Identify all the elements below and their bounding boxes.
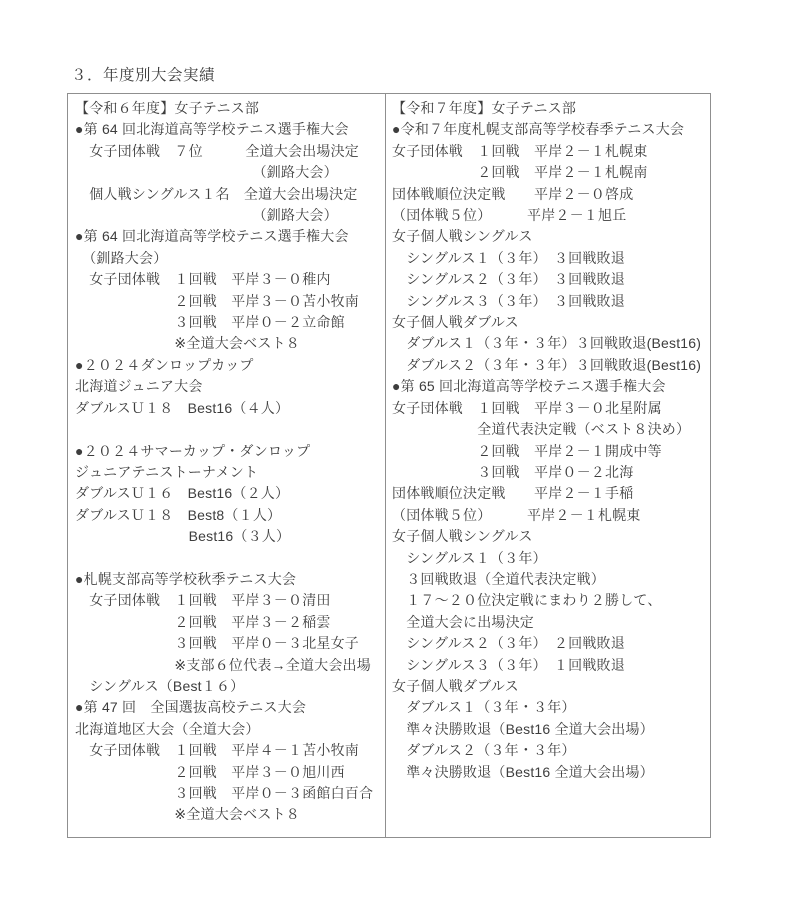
page-title: ３．年度別大会実績	[71, 66, 215, 86]
text-line: （団体戦５位） 平岸２－１札幌東	[392, 505, 710, 526]
text-line: Best16（３人）	[75, 526, 385, 547]
text-line: 全道大会に出場決定	[392, 612, 710, 633]
text-line: ●札幌支部高等学校秋季テニス大会	[75, 569, 385, 590]
text-line: ２回戦 平岸２－１札幌南	[392, 162, 710, 183]
text-line: シングルス（Best１６）	[75, 676, 385, 697]
text-line: 団体戦順位決定戦 平岸２－０啓成	[392, 184, 710, 205]
text-line: ダブルス２（３年・３年）３回戦敗退(Best16)	[392, 355, 710, 376]
text-line: 女子個人戦シングルス	[392, 526, 710, 547]
text-line: １７～２０位決定戦にまわり２勝して、	[392, 590, 710, 611]
text-line: 北海道ジュニア大会	[75, 376, 385, 397]
text-line: ●２０２４サマーカップ・ダンロップ	[75, 441, 385, 462]
text-line: シングルス１（３年） ３回戦敗退	[392, 248, 710, 269]
text-line: ダブルスＵ１８ Best16（４人）	[75, 398, 385, 419]
text-line: （団体戦５位） 平岸２－１旭丘	[392, 205, 710, 226]
text-line: ※全道大会ベスト８	[75, 333, 385, 354]
text-line: 女子団体戦 １回戦 平岸４－１苫小牧南	[75, 740, 385, 761]
text-line: 全道代表決定戦（ベスト８決め）	[392, 419, 710, 440]
text-line: 団体戦順位決定戦 平岸２－１手稲	[392, 483, 710, 504]
text-line: シングルス２（３年） ２回戦敗退	[392, 633, 710, 654]
text-line: ●第 64 回北海道高等学校テニス選手権大会	[75, 119, 385, 140]
text-line: ３回戦 平岸０－３函館白百合	[75, 783, 385, 804]
text-line: 女子団体戦 ７位 全道大会出場決定	[75, 141, 385, 162]
text-line: 準々決勝敗退（Best16 全道大会出場）	[392, 719, 710, 740]
column-reiwa6-results: 【令和６年度】女子テニス部●第 64 回北海道高等学校テニス選手権大会 女子団体…	[68, 94, 386, 837]
text-line: ３回戦敗退（全道代表決定戦）	[392, 569, 710, 590]
column-reiwa7-results: 【令和７年度】女子テニス部●令和７年度札幌支部高等学校春季テニス大会女子団体戦 …	[386, 94, 710, 837]
text-line	[75, 548, 385, 569]
text-line: 女子団体戦 １回戦 平岸３－０清田	[75, 590, 385, 611]
text-line: ※支部６位代表→全道大会出場	[75, 655, 385, 676]
text-line: ダブルス２（３年・３年）	[392, 740, 710, 761]
text-line: ●２０２４ダンロップカップ	[75, 355, 385, 376]
text-line: ２回戦 平岸３－２稲雲	[75, 612, 385, 633]
text-line: ３回戦 平岸０－２北海	[392, 462, 710, 483]
text-line: 個人戦シングルス１名 全道大会出場決定	[75, 184, 385, 205]
text-line: ２回戦 平岸３－０旭川西	[75, 762, 385, 783]
text-line: 女子団体戦 １回戦 平岸３－０稚内	[75, 269, 385, 290]
text-line: 北海道地区大会（全道大会）	[75, 719, 385, 740]
text-line: ジュニアテニストーナメント	[75, 462, 385, 483]
text-line: ダブルスＵ１６ Best16（２人）	[75, 483, 385, 504]
text-line: シングルス３（３年） ３回戦敗退	[392, 291, 710, 312]
text-line: 女子個人戦ダブルス	[392, 312, 710, 333]
text-line: ●令和７年度札幌支部高等学校春季テニス大会	[392, 119, 710, 140]
text-line: ●第 64 回北海道高等学校テニス選手権大会	[75, 226, 385, 247]
document-page: ３．年度別大会実績 【令和６年度】女子テニス部●第 64 回北海道高等学校テニス…	[0, 0, 785, 898]
text-line: ２回戦 平岸２－１開成中等	[392, 441, 710, 462]
text-line: ３回戦 平岸０－３北星女子	[75, 633, 385, 654]
text-line: シングルス１（３年）	[392, 548, 710, 569]
text-line: ダブルスＵ１８ Best8（１人）	[75, 505, 385, 526]
text-line: 女子団体戦 １回戦 平岸３－０北星附属	[392, 398, 710, 419]
text-line: （釧路大会）	[75, 205, 385, 226]
text-line: 【令和６年度】女子テニス部	[75, 98, 385, 119]
text-line: ダブルス１（３年・３年）	[392, 697, 710, 718]
text-line: 女子個人戦ダブルス	[392, 676, 710, 697]
text-line: シングルス３（３年） １回戦敗退	[392, 655, 710, 676]
text-line: ダブルス１（３年・３年）３回戦敗退(Best16)	[392, 333, 710, 354]
text-line	[75, 419, 385, 440]
text-line: ※全道大会ベスト８	[75, 804, 385, 825]
text-line: （釧路大会）	[75, 162, 385, 183]
results-table: 【令和６年度】女子テニス部●第 64 回北海道高等学校テニス選手権大会 女子団体…	[67, 93, 711, 838]
text-line: 女子団体戦 １回戦 平岸２－１札幌東	[392, 141, 710, 162]
text-line: 【令和７年度】女子テニス部	[392, 98, 710, 119]
text-line: ●第 65 回北海道高等学校テニス選手権大会	[392, 376, 710, 397]
text-line: ●第 47 回 全国選抜高校テニス大会	[75, 697, 385, 718]
text-line: シングルス２（３年） ３回戦敗退	[392, 269, 710, 290]
text-line: ３回戦 平岸０－２立命館	[75, 312, 385, 333]
text-line: 女子個人戦シングルス	[392, 226, 710, 247]
text-line: ２回戦 平岸３－０苫小牧南	[75, 291, 385, 312]
text-line: （釧路大会）	[75, 248, 385, 269]
text-line: 準々決勝敗退（Best16 全道大会出場）	[392, 762, 710, 783]
